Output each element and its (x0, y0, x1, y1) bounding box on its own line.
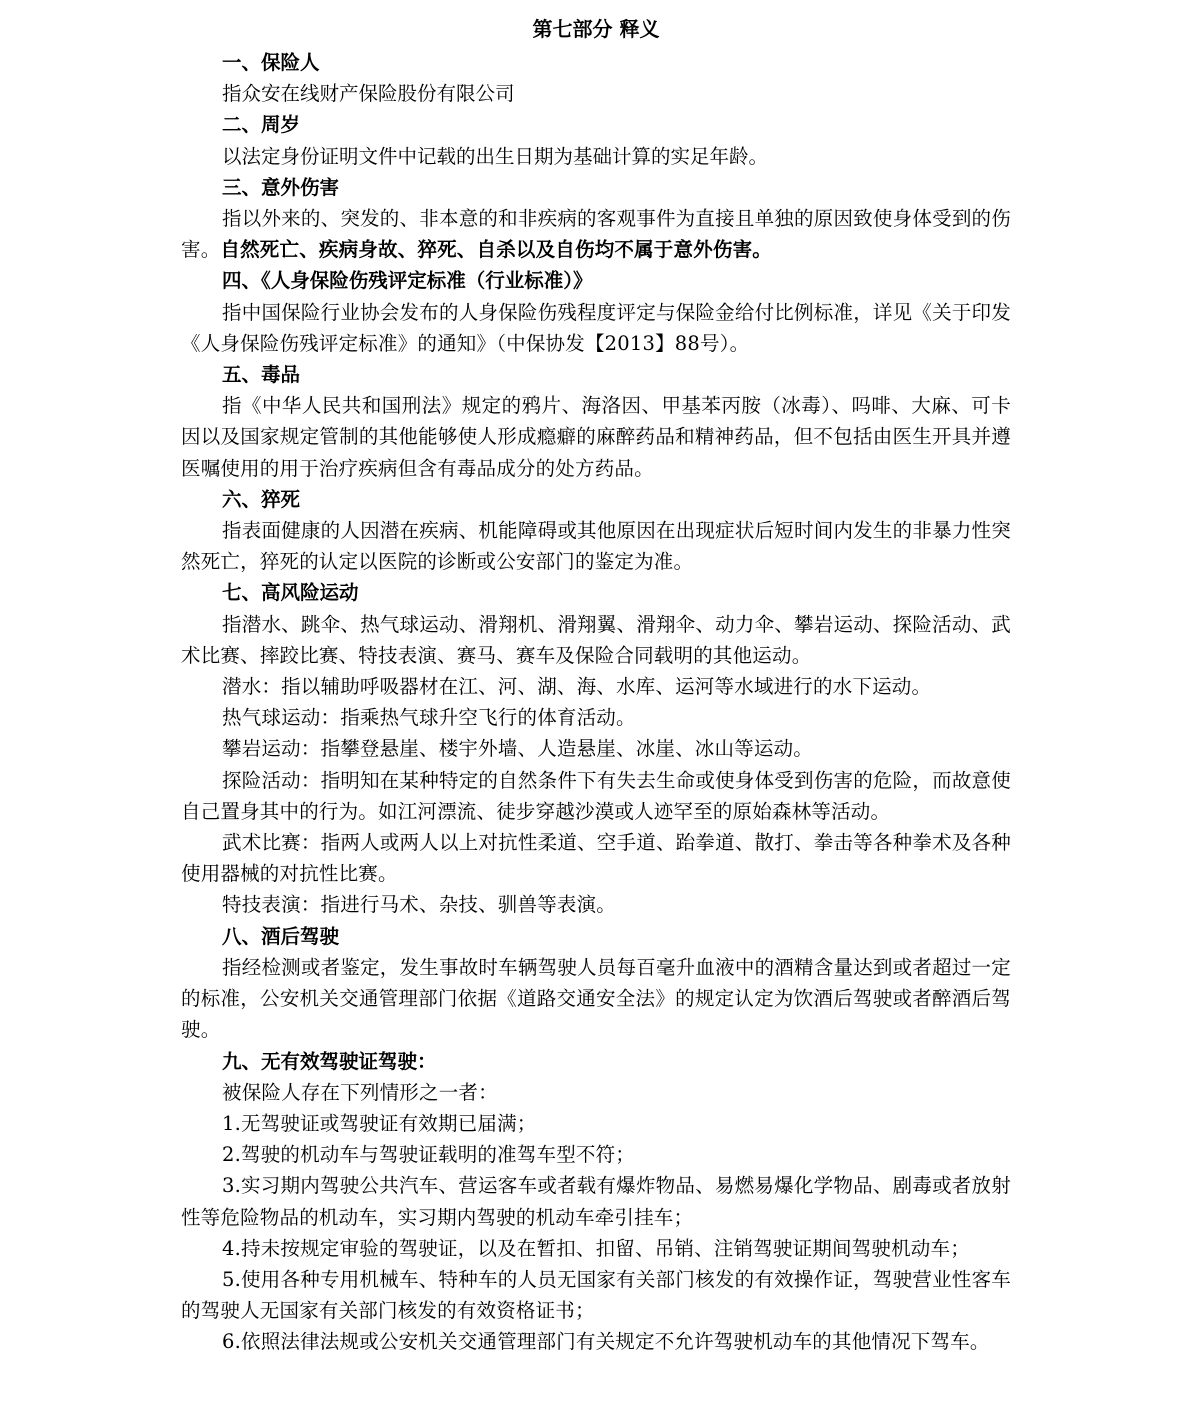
list-item: 热气球运动：指乘热气球升空飞行的体育活动。 (181, 702, 1011, 733)
section-heading: 五、毒品 (181, 359, 1011, 390)
section-body: 指众安在线财产保险股份有限公司 (181, 78, 1011, 109)
section-body: 指经检测或者鉴定，发生事故时车辆驾驶人员每百毫升血液中的酒精含量达到或者超过一定… (181, 952, 1011, 1046)
section-heading: 二、周岁 (181, 109, 1011, 140)
page-title: 第七部分 释义 (181, 14, 1011, 47)
section-body: 指表面健康的人因潜在疾病、机能障碍或其他原因在出现症状后短时间内发生的非暴力性突… (181, 515, 1011, 577)
list-item: 潜水：指以辅助呼吸器材在江、河、湖、海、水库、运河等水域进行的水下运动。 (181, 671, 1011, 702)
list-item: 2.驾驶的机动车与驾驶证载明的准驾车型不符； (181, 1139, 1011, 1170)
section-body: 指以外来的、突发的、非本意的和非疾病的客观事件为直接且单独的原因致使身体受到的伤… (181, 203, 1011, 265)
document-page: 第七部分 释义 一、保险人 指众安在线财产保险股份有限公司 二、周岁 以法定身份… (181, 14, 1011, 1358)
section-heading: 四、《人身保险伤残评定标准（行业标准）》 (181, 265, 1011, 296)
list-item: 攀岩运动：指攀登悬崖、楼宇外墙、人造悬崖、冰崖、冰山等运动。 (181, 733, 1011, 764)
section-heading: 八、酒后驾驶 (181, 921, 1011, 952)
list-item: 1.无驾驶证或驾驶证有效期已届满； (181, 1108, 1011, 1139)
section-heading: 六、猝死 (181, 484, 1011, 515)
list-item: 武术比赛：指两人或两人以上对抗性柔道、空手道、跆拳道、散打、拳击等各种拳术及各种… (181, 827, 1011, 889)
section-body: 指潜水、跳伞、热气球运动、滑翔机、滑翔翼、滑翔伞、动力伞、攀岩运动、探险活动、武… (181, 609, 1011, 671)
list-item: 特技表演：指进行马术、杂技、驯兽等表演。 (181, 889, 1011, 920)
list-item: 4.持未按规定审验的驾驶证，以及在暂扣、扣留、吊销、注销驾驶证期间驾驶机动车； (181, 1233, 1011, 1264)
list-item: 探险活动：指明知在某种特定的自然条件下有失去生命或使身体受到伤害的危险，而故意使… (181, 765, 1011, 827)
section-heading: 九、无有效驾驶证驾驶： (181, 1046, 1011, 1077)
section-heading: 一、保险人 (181, 47, 1011, 78)
section-body: 指中国保险行业协会发布的人身保险伤残程度评定与保险金给付比例标准，详见《关于印发… (181, 297, 1011, 359)
section-body: 以法定身份证明文件中记载的出生日期为基础计算的实足年龄。 (181, 141, 1011, 172)
list-item: 5.使用各种专用机械车、特种车的人员无国家有关部门核发的有效操作证，驾驶营业性客… (181, 1264, 1011, 1326)
list-item: 6.依照法律法规或公安机关交通管理部门有关规定不允许驾驶机动车的其他情况下驾车。 (181, 1326, 1011, 1357)
section-body: 被保险人存在下列情形之一者： (181, 1077, 1011, 1108)
body-bold-text: 自然死亡、疾病身故、猝死、自杀以及自伤均不属于意外伤害。 (220, 238, 772, 261)
section-body: 指《中华人民共和国刑法》规定的鸦片、海洛因、甲基苯丙胺（冰毒）、吗啡、大麻、可卡… (181, 390, 1011, 484)
section-heading: 三、意外伤害 (181, 172, 1011, 203)
list-item: 3.实习期内驾驶公共汽车、营运客车或者载有爆炸物品、易燃易爆化学物品、剧毒或者放… (181, 1170, 1011, 1232)
section-heading: 七、高风险运动 (181, 577, 1011, 608)
